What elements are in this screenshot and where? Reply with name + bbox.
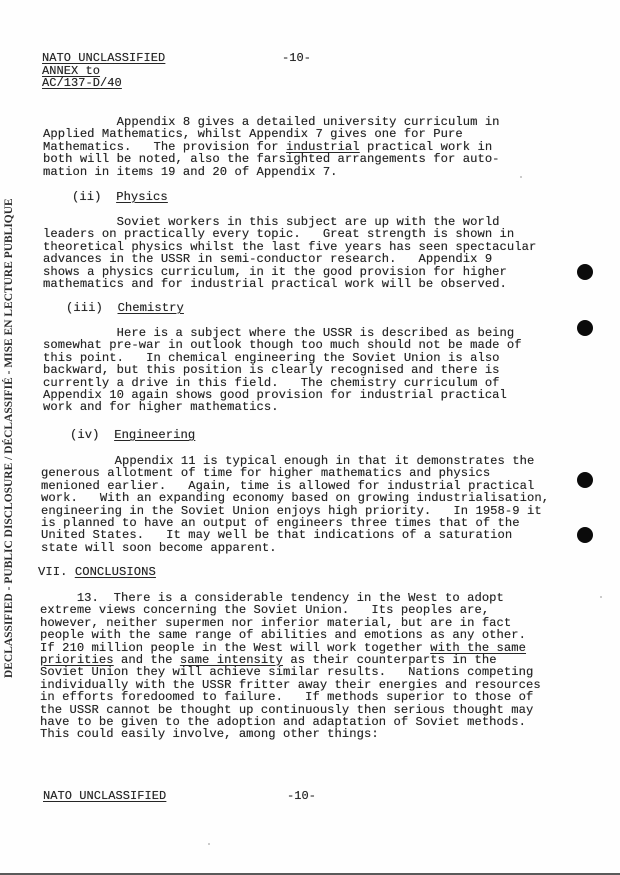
section-title: Chemistry	[118, 301, 184, 315]
text-line: mathematics and for industrial practical…	[43, 277, 507, 291]
physics-heading: (ii) Physics	[72, 191, 168, 203]
section-title: Engineering	[114, 428, 195, 442]
punch-hole	[577, 527, 593, 543]
conclusions-heading: VII. CONCLUSIONS	[38, 566, 156, 578]
section-title: Physics	[116, 190, 168, 204]
engineering-paragraph: Appendix 11 is typical enough in that it…	[41, 455, 549, 554]
footer-classification: NATO UNCLASSIFIED	[43, 790, 166, 802]
chemistry-heading: (iii) Chemistry	[66, 302, 184, 314]
punch-hole	[577, 472, 593, 488]
punch-hole	[577, 264, 593, 280]
document-reference: AC/137-D/40	[42, 76, 122, 90]
scan-speck	[208, 843, 210, 845]
engineering-heading: (iv) Engineering	[70, 429, 195, 441]
footer-page-number: -10-	[287, 790, 316, 802]
section-number: (iv)	[70, 428, 99, 442]
text-line: This could easily involve, among other t…	[40, 727, 379, 741]
header-page-number: -10-	[282, 52, 311, 64]
section-title: CONCLUSIONS	[75, 565, 156, 579]
scan-speck	[520, 176, 522, 178]
chemistry-paragraph: Here is a subject where the USSR is desc…	[43, 327, 522, 414]
text-line: state will soon become apparent.	[41, 541, 277, 555]
section-number: VII.	[38, 565, 67, 579]
intro-paragraph: Appendix 8 gives a detailed university c…	[43, 116, 500, 178]
physics-paragraph: Soviet workers in this subject are up wi…	[43, 216, 536, 290]
conclusions-paragraph: 13. There is a considerable tendency in …	[40, 592, 541, 741]
section-number: (ii)	[72, 190, 101, 204]
punch-hole	[577, 320, 593, 336]
text-line: work and for higher mathematics.	[43, 400, 279, 414]
scan-speck	[600, 596, 602, 598]
header-block: NATO UNCLASSIFIED ANNEX to AC/137-D/40	[42, 52, 165, 90]
text-line: mation in items 19 and 20 of Appendix 7.	[43, 165, 338, 179]
section-number: (iii)	[66, 301, 103, 315]
document-page: DECLASSIFIED - PUBLIC DISCLOSURE / DÉCLA…	[0, 0, 620, 873]
declassification-stamp: DECLASSIFIED - PUBLIC DISCLOSURE / DÉCLA…	[3, 158, 15, 678]
